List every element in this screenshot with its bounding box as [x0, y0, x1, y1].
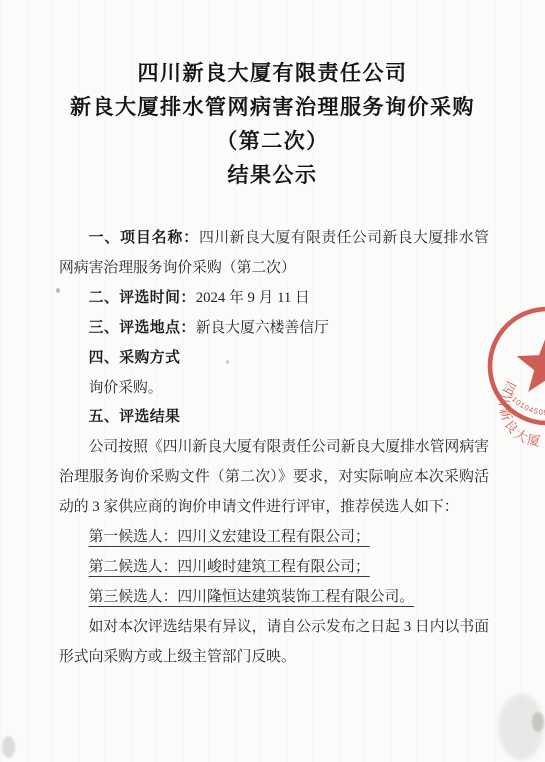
title-line-company: 四川新良大厦有限责任公司 — [0, 57, 545, 91]
document-title: 四川新良大厦有限责任公司 新良大厦排水管网病害治理服务询价采购 （第二次） 结果… — [0, 57, 545, 193]
document-body: 一、项目名称：四川新良大厦有限责任公司新良大厦排水管网病害治理服务询价采购（第二… — [59, 224, 489, 673]
candidate-line-3: 第三候选人：四川隆恒达建筑装饰工程有限公司。 — [59, 583, 489, 613]
scan-artifact — [532, 712, 544, 732]
closing-paragraph: 如对本次评选结果有异议，请自公示发布之日起 3 日内以书面形式向采购方或上级主管… — [59, 613, 489, 673]
scanned-document-page: 四川新良大厦有限责任公司 新良大厦排水管网病害治理服务询价采购 （第二次） 结果… — [0, 0, 545, 762]
section-review-place: 三、评选地点：新良大厦六楼善信厅 — [59, 314, 489, 344]
result-paragraph: 公司按照《四川新良大厦有限责任公司新良大厦排水管网病害治理服务询价采购文件（第二… — [59, 433, 489, 523]
section-label: 一、项目名称： — [89, 230, 199, 246]
section-project-name: 一、项目名称：四川新良大厦有限责任公司新良大厦排水管网病害治理服务询价采购（第二… — [59, 224, 489, 284]
candidate-text: 第一候选人：四川义宏建设工程有限公司； — [89, 529, 370, 545]
section-label: 四、采购方式 — [89, 350, 181, 366]
candidate-line-2: 第二候选人：四川峻时建筑工程有限公司； — [59, 553, 489, 583]
title-line-round: （第二次） — [0, 125, 545, 159]
section-label: 三、评选地点： — [89, 320, 196, 336]
section-review-time: 二、评选时间：2024 年 9 月 11 日 — [59, 284, 489, 314]
candidate-text: 第二候选人：四川峻时建筑工程有限公司； — [89, 559, 370, 575]
section-text: 2024 年 9 月 11 日 — [196, 290, 310, 306]
seal-star-icon — [517, 334, 545, 392]
section-label: 五、评选结果 — [89, 409, 181, 425]
section-method-text: 询价采购。 — [59, 374, 489, 404]
title-line-result: 结果公示 — [0, 159, 545, 193]
section-method-heading: 四、采购方式 — [59, 344, 489, 374]
candidate-line-1: 第一候选人：四川义宏建设工程有限公司； — [59, 523, 489, 553]
official-red-seal: 四川新良大厦 51010450973 — [430, 270, 545, 470]
section-label: 二、评选时间： — [89, 290, 196, 306]
section-result-heading: 五、评选结果 — [59, 403, 489, 433]
candidate-text: 第三候选人：四川隆恒达建筑装饰工程有限公司。 — [89, 589, 415, 605]
scan-artifact — [2, 736, 15, 758]
title-line-project: 新良大厦排水管网病害治理服务询价采购 — [0, 91, 545, 125]
section-text: 新良大厦六楼善信厅 — [196, 320, 329, 336]
scan-artifact — [498, 694, 544, 760]
